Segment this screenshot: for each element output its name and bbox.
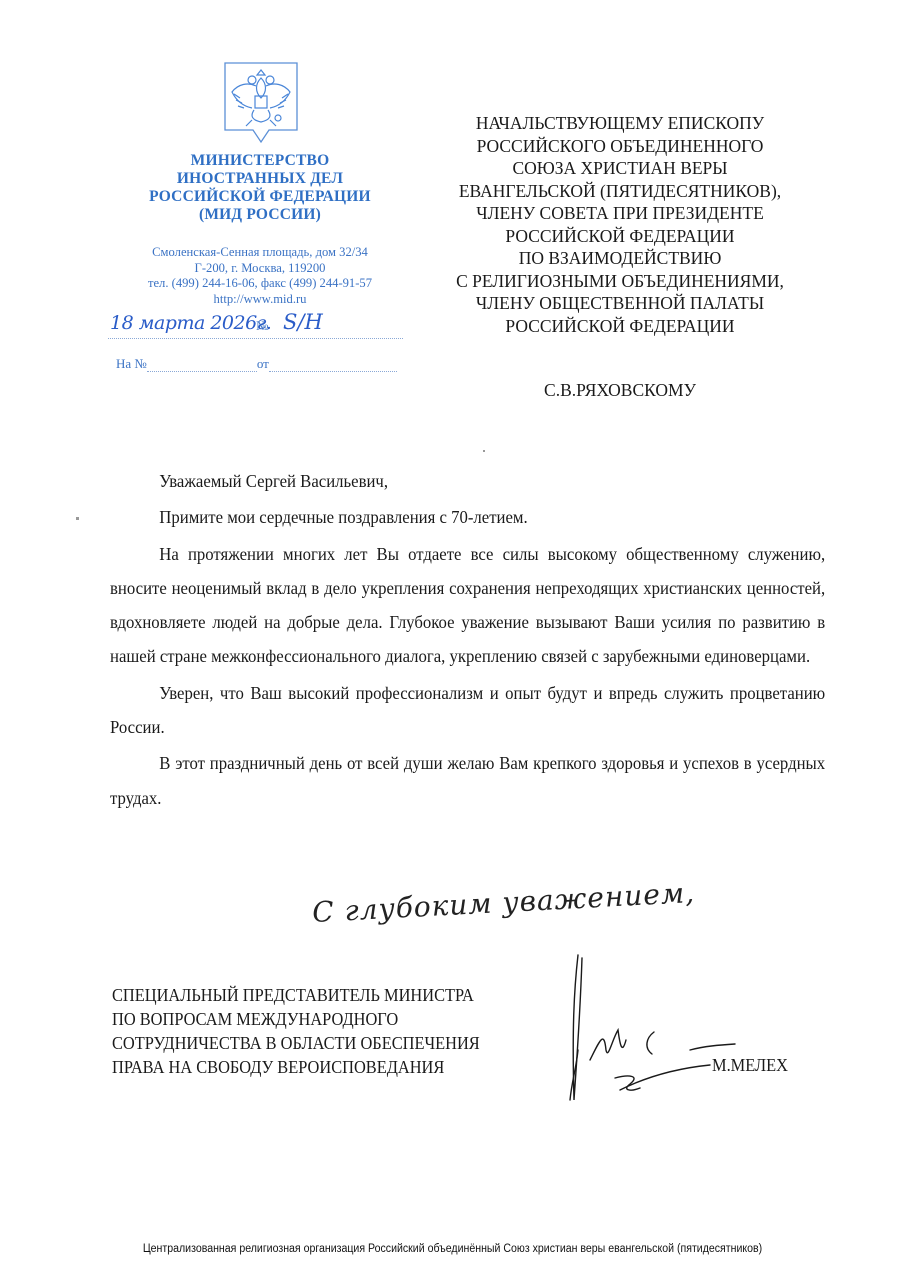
scan-artifact: [483, 450, 485, 452]
ref-from-label: от: [257, 356, 269, 372]
addressee-line: ЕВАНГЕЛЬСКОЙ (ПЯТИДЕСЯТНИКОВ),: [410, 180, 830, 203]
body-paragraph: В этот праздничный день от всей души жел…: [110, 746, 825, 815]
handwritten-number: S/H: [283, 310, 323, 334]
addressee-name: С.В.РЯХОВСКОМУ: [410, 380, 830, 401]
address-line: Г-200, г. Москва, 119200: [110, 261, 410, 277]
reference-line: На № от: [116, 356, 397, 372]
addressee-line: ЧЛЕНУ ОБЩЕСТВЕННОЙ ПАЛАТЫ: [410, 292, 830, 315]
signatory-title-line: СПЕЦИАЛЬНЫЙ ПРЕДСТАВИТЕЛЬ МИНИСТРА: [112, 983, 480, 1007]
addressee-line: РОССИЙСКОЙ ФЕДЕРАЦИИ: [410, 315, 830, 338]
ministry-name: МИНИСТЕРСТВО ИНОСТРАННЫХ ДЕЛ РОССИЙСКОЙ …: [120, 152, 400, 224]
ref-date-blank: [269, 359, 397, 372]
addressee-block: НАЧАЛЬСТВУЮЩЕМУ ЕПИСКОПУ РОССИЙСКОГО ОБЪ…: [410, 112, 830, 337]
signatory-title-line: ПРАВА НА СВОБОДУ ВЕРОИСПОВЕДАНИЯ: [112, 1055, 480, 1079]
ministry-name-line: (МИД РОССИИ): [120, 206, 400, 224]
greeting: Уважаемый Сергей Васильевич,: [110, 464, 825, 498]
address-line: Смоленская-Сенная площадь, дом 32/34: [110, 245, 410, 261]
footer-caption: Централизованная религиозная организация…: [36, 1243, 869, 1255]
ministry-name-line: ИНОСТРАННЫХ ДЕЛ: [120, 170, 400, 188]
addressee-line: ЧЛЕНУ СОВЕТА ПРИ ПРЕЗИДЕНТЕ: [410, 202, 830, 225]
body-paragraph: Уверен, что Ваш высокий профессионализм …: [110, 676, 825, 745]
ministry-address: Смоленская-Сенная площадь, дом 32/34 Г-2…: [110, 245, 410, 307]
addressee-line: НАЧАЛЬСТВУЮЩЕМУ ЕПИСКОПУ: [410, 112, 830, 135]
ref-number-label: На №: [116, 356, 147, 372]
signatory-title: СПЕЦИАЛЬНЫЙ ПРЕДСТАВИТЕЛЬ МИНИСТРА ПО ВО…: [112, 983, 480, 1079]
handwritten-closing: С глубоким уважением,: [311, 876, 695, 929]
ministry-name-line: МИНИСТЕРСТВО: [120, 152, 400, 170]
number-label: №: [256, 318, 268, 334]
signature-icon: [560, 950, 740, 1120]
signatory-title-line: ПО ВОПРОСАМ МЕЖДУНАРОДНОГО: [112, 1007, 480, 1031]
addressee-line: СОЮЗА ХРИСТИАН ВЕРЫ: [410, 157, 830, 180]
scan-artifact: [76, 517, 79, 520]
handwritten-date: 18 марта 2026г.: [110, 312, 271, 334]
addressee-line: РОССИЙСКОГО ОБЪЕДИНЕННОГО: [410, 135, 830, 158]
addressee-line: ПО ВЗАИМОДЕЙСТВИЮ: [410, 247, 830, 270]
coat-of-arms-icon: [222, 60, 300, 148]
contact-phone-fax: тел. (499) 244-16-06, факс (499) 244-91-…: [110, 276, 410, 292]
ref-number-blank: [147, 359, 257, 372]
ministry-name-line: РОССИЙСКОЙ ФЕДЕРАЦИИ: [120, 188, 400, 206]
body-paragraph: На протяжении многих лет Вы отдаете все …: [110, 537, 825, 674]
letter-body: Уважаемый Сергей Васильевич, Примите мои…: [110, 464, 825, 815]
body-paragraph: Примите мои сердечные поздравления с 70-…: [110, 500, 825, 534]
ministry-website: http://www.mid.ru: [110, 292, 410, 308]
addressee-line: С РЕЛИГИОЗНЫМИ ОБЪЕДИНЕНИЯМИ,: [410, 270, 830, 293]
signatory-title-line: СОТРУДНИЧЕСТВА В ОБЛАСТИ ОБЕСПЕЧЕНИЯ: [112, 1031, 480, 1055]
addressee-line: РОССИЙСКОЙ ФЕДЕРАЦИИ: [410, 225, 830, 248]
